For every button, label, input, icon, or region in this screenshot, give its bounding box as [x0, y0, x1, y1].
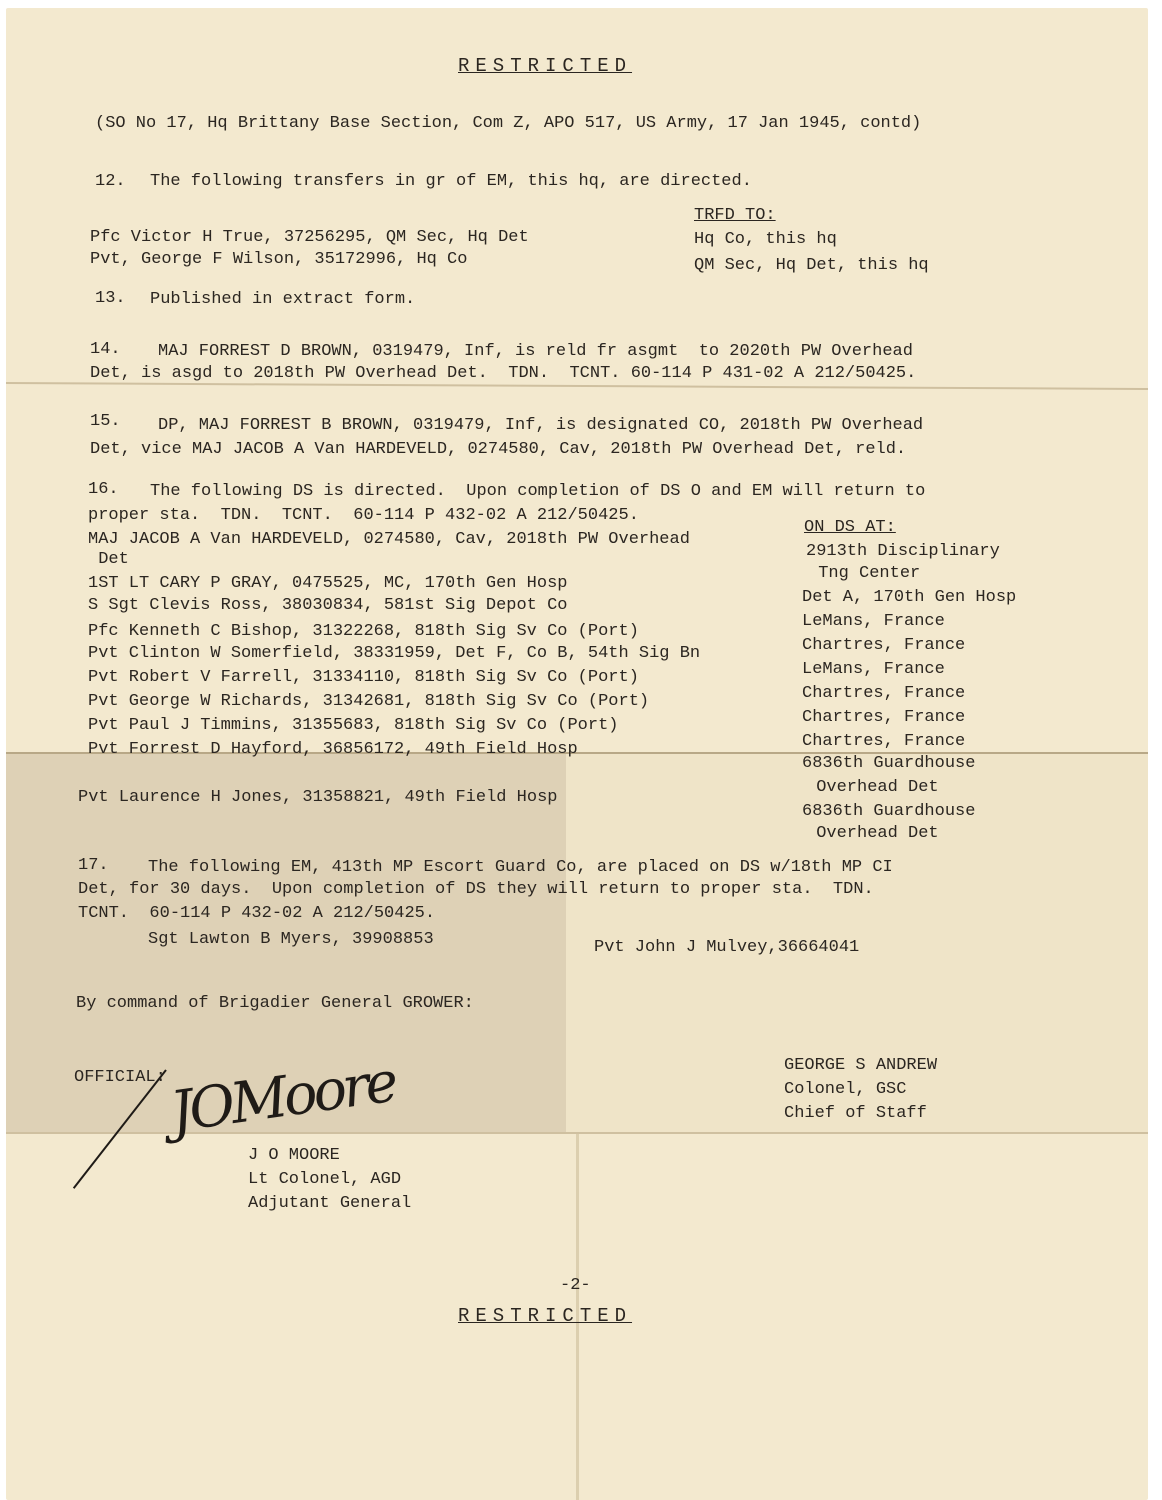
para-17-line: Det, for 30 days. Upon completion of DS … — [78, 880, 874, 900]
para-15-line: DP, MAJ FORREST B BROWN, 0319479, Inf, i… — [158, 416, 923, 436]
command-line: By command of Brigadier General GROWER: — [76, 994, 474, 1014]
para-17-name: Sgt Lawton B Myers, 39908853 — [148, 930, 434, 950]
special-order-document: RESTRICTED (SO No 17, Hq Brittany Base S… — [0, 0, 1162, 1500]
ds-dest: Chartres, France — [802, 636, 965, 656]
para-16-column-header: ON DS AT: — [804, 518, 896, 538]
ds-dest: 2913th Disciplinary — [806, 542, 1000, 562]
ds-person: Pvt Paul J Timmins, 31355683, 818th Sig … — [88, 716, 619, 736]
para-14-line: MAJ FORREST D BROWN, 0319479, Inf, is re… — [158, 342, 913, 362]
official-rank: Lt Colonel, AGD — [248, 1170, 401, 1190]
ds-dest: 6836th Guardhouse — [802, 802, 975, 822]
ds-dest: LeMans, France — [802, 660, 945, 680]
para-13-text: Published in extract form. — [150, 290, 415, 310]
chief-of-staff-name: GEORGE S ANDREW — [784, 1056, 937, 1076]
para-12-person: Pfc Victor H True, 37256295, QM Sec, Hq … — [90, 228, 529, 248]
para-15-number: 15. — [90, 412, 121, 432]
signature: JOMoore — [167, 1050, 399, 1146]
order-heading: (SO No 17, Hq Brittany Base Section, Com… — [95, 114, 921, 134]
ds-person: Pfc Kenneth C Bishop, 31322268, 818th Si… — [88, 622, 639, 642]
para-15-line: Det, vice MAJ JACOB A Van HARDEVELD, 027… — [90, 440, 906, 460]
para-16-line: proper sta. TDN. TCNT. 60-114 P 432-02 A… — [88, 506, 639, 526]
ds-person-cont: Det — [88, 550, 129, 570]
ds-dest-cont: Tng Center — [808, 564, 920, 584]
classification-header: RESTRICTED — [458, 56, 632, 76]
ds-person: 1ST LT CARY P GRAY, 0475525, MC, 170th G… — [88, 574, 567, 594]
ds-person: S Sgt Clevis Ross, 38030834, 581st Sig D… — [88, 596, 567, 616]
para-12-number: 12. — [95, 172, 126, 192]
para-17-name: Pvt John J Mulvey,36664041 — [594, 938, 859, 958]
para-12-dest: QM Sec, Hq Det, this hq — [694, 256, 929, 276]
ds-person: Pvt Robert V Farrell, 31334110, 818th Si… — [88, 668, 639, 688]
para-13-number: 13. — [95, 289, 126, 309]
para-17-line: The following EM, 413th MP Escort Guard … — [148, 858, 893, 878]
ds-dest: Chartres, France — [802, 684, 965, 704]
para-16-number: 16. — [88, 480, 119, 500]
official-title: Adjutant General — [248, 1194, 411, 1214]
page-number: -2- — [560, 1276, 591, 1296]
ds-dest-cont: Overhead Det — [806, 778, 939, 798]
para-14-line: Det, is asgd to 2018th PW Overhead Det. … — [90, 364, 916, 384]
ds-person: MAJ JACOB A Van HARDEVELD, 0274580, Cav,… — [88, 530, 690, 550]
ds-dest: LeMans, France — [802, 612, 945, 632]
para-16-line: The following DS is directed. Upon compl… — [150, 482, 925, 502]
para-12-column-header: TRFD TO: — [694, 206, 776, 226]
ds-person: Pvt Forrest D Hayford, 36856172, 49th Fi… — [88, 740, 578, 760]
ds-person: Pvt Clinton W Somerfield, 38331959, Det … — [88, 644, 700, 664]
chief-of-staff-rank: Colonel, GSC — [784, 1080, 906, 1100]
ds-dest: Chartres, France — [802, 708, 965, 728]
para-17-line: TCNT. 60-114 P 432-02 A 212/50425. — [78, 904, 435, 924]
ds-person: Pvt Laurence H Jones, 31358821, 49th Fie… — [78, 788, 557, 808]
para-12-person: Pvt, George F Wilson, 35172996, Hq Co — [90, 250, 467, 270]
ds-dest-cont: Overhead Det — [806, 824, 939, 844]
para-14-number: 14. — [90, 340, 121, 360]
official-name: J O MOORE — [248, 1146, 340, 1166]
para-12-dest: Hq Co, this hq — [694, 230, 837, 250]
para-12-text: The following transfers in gr of EM, thi… — [150, 172, 752, 192]
chief-of-staff-title: Chief of Staff — [784, 1104, 927, 1124]
para-17-number: 17. — [78, 856, 109, 876]
ds-dest: Chartres, France — [802, 732, 965, 752]
ds-person: Pvt George W Richards, 31342681, 818th S… — [88, 692, 649, 712]
ds-dest: Det A, 170th Gen Hosp — [802, 588, 1016, 608]
classification-footer: RESTRICTED — [458, 1306, 632, 1326]
ds-dest: 6836th Guardhouse — [802, 754, 975, 774]
